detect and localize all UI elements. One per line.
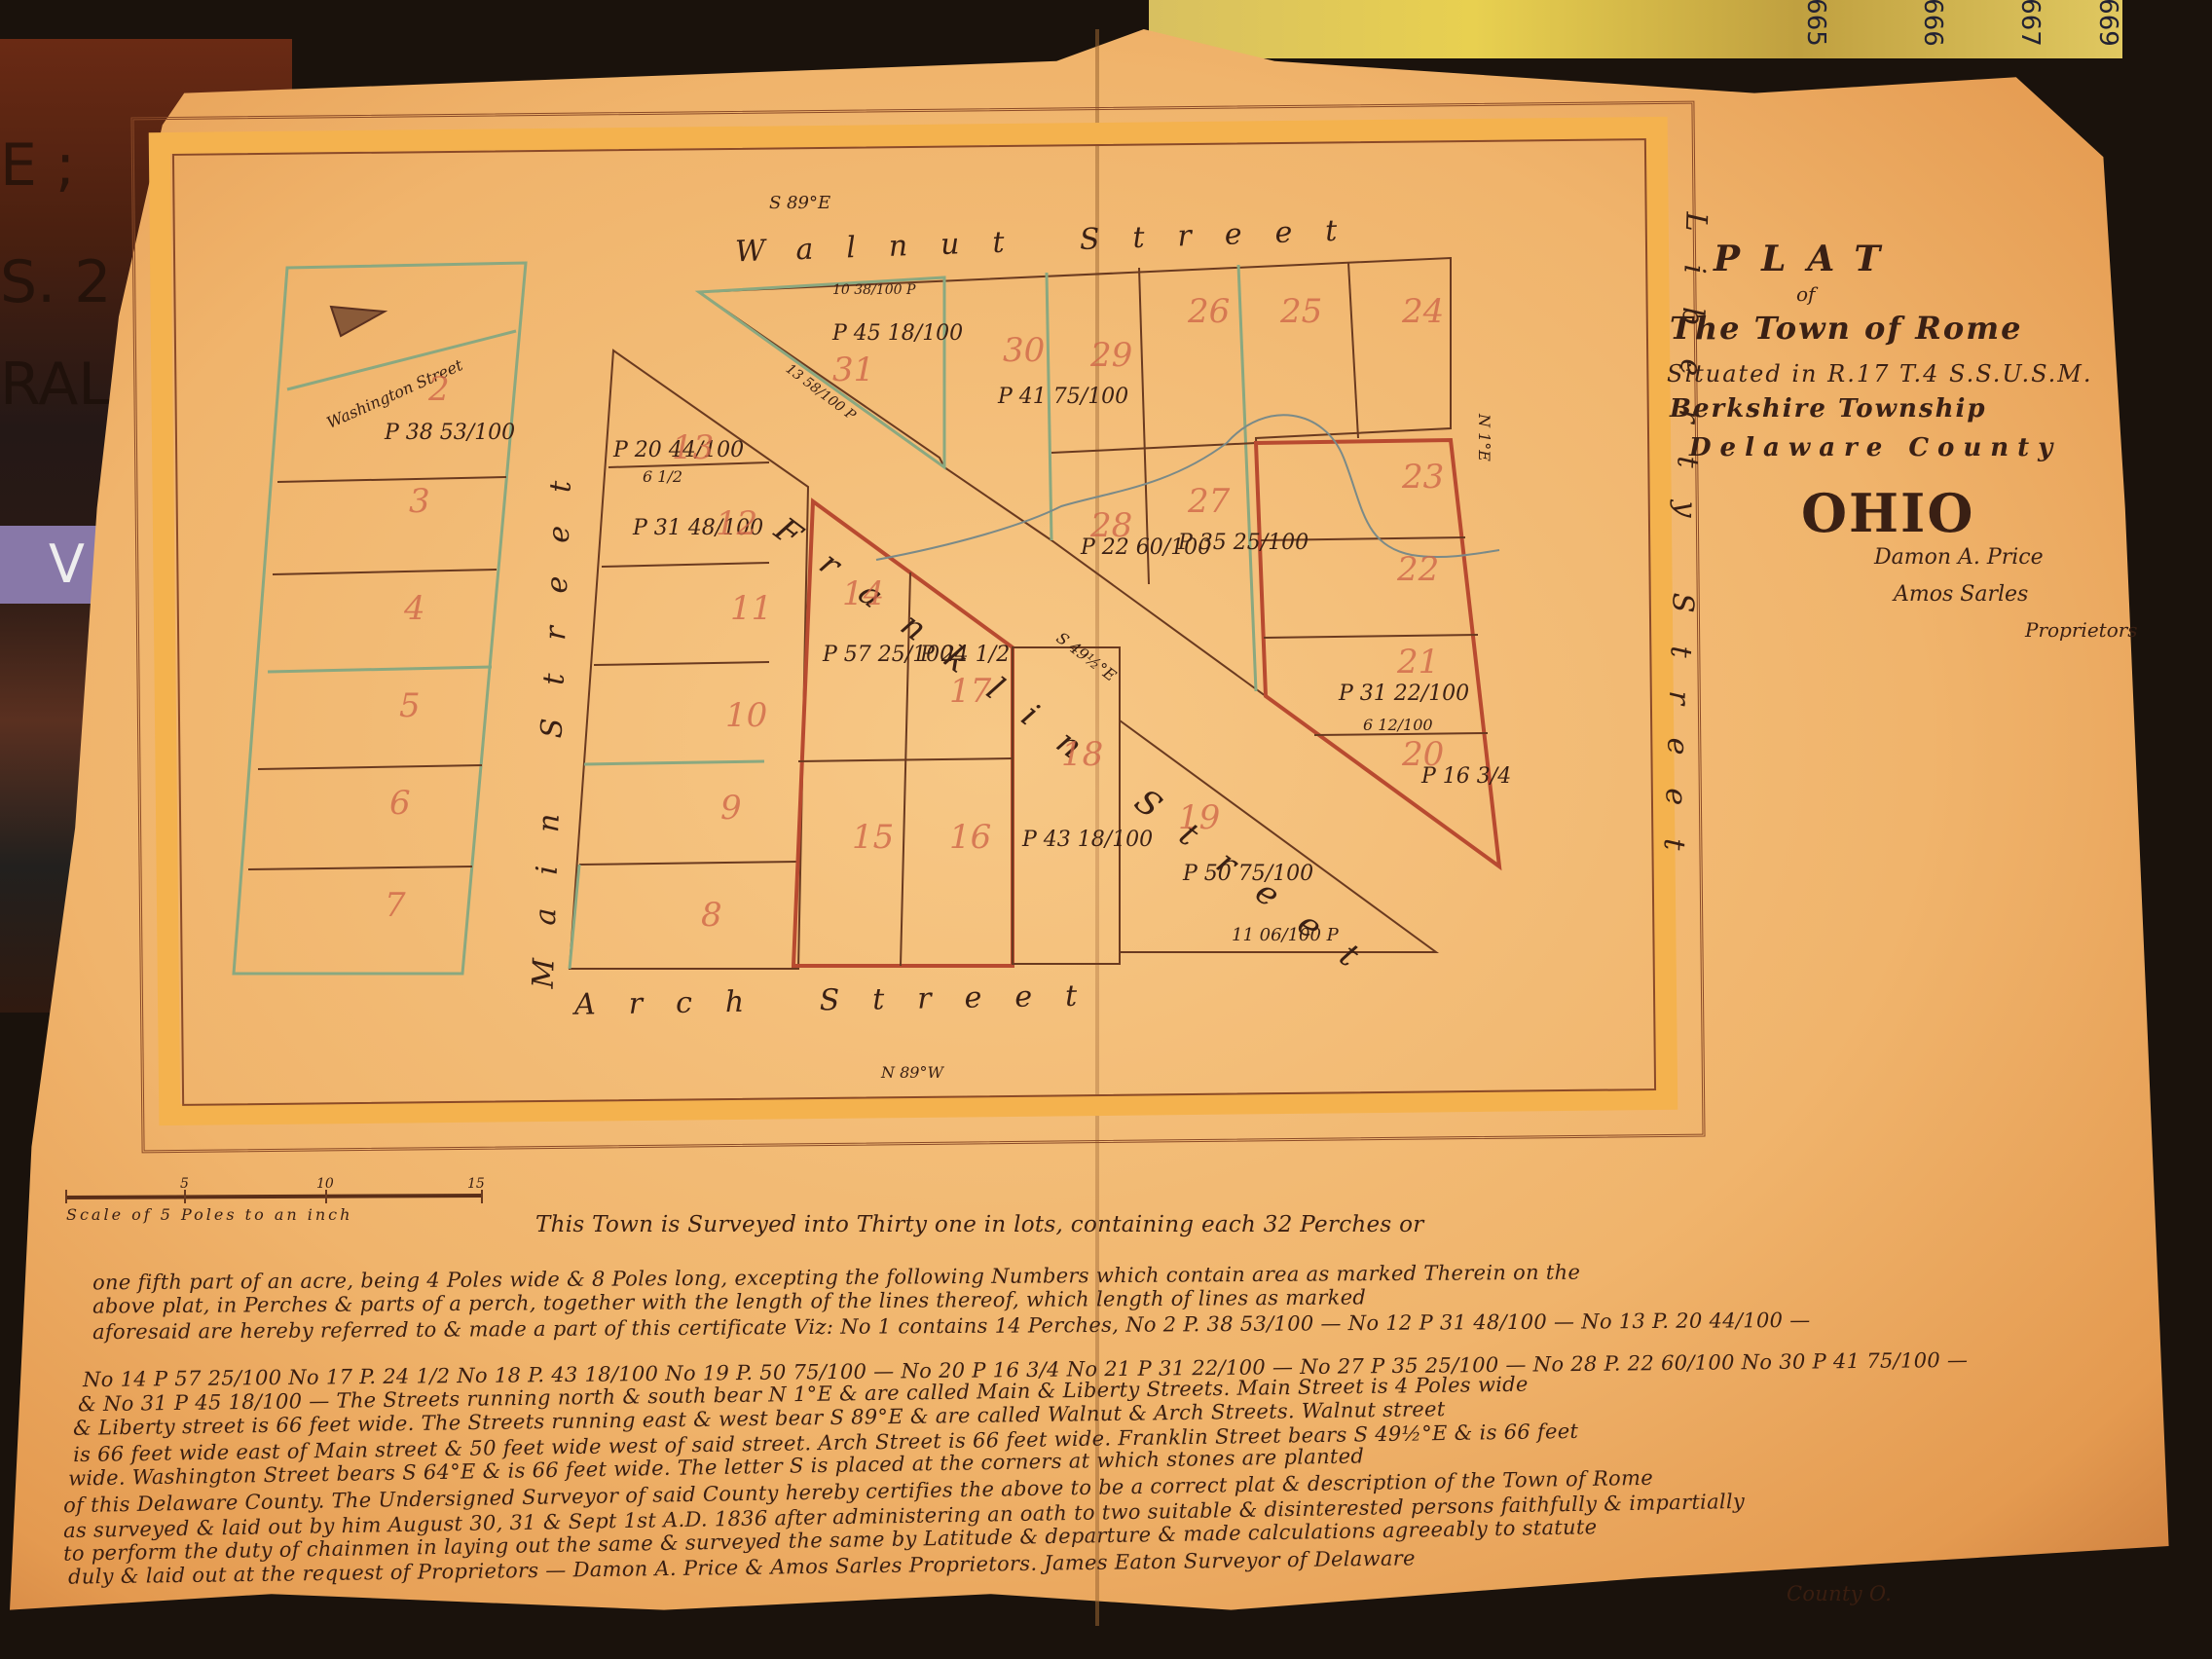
dimension-label: 11 06/100 P [1232,925,1339,945]
lot-area: P 38 53/100 [385,421,515,445]
dimension-label: 6 12/100 [1363,716,1433,734]
lot-number: 22 [1397,550,1439,589]
lot-number: 17 [949,672,991,711]
lot-number: 4 [404,589,425,628]
lot-area: P 31 22/100 [1339,682,1469,706]
lot-number: 29 [1090,336,1132,375]
lot-number: 21 [1397,643,1439,682]
lot-number: 7 [385,886,406,925]
lot-number: 23 [1402,458,1444,497]
title-plat: PLAT [1714,239,1901,279]
lot-number: 27 [1188,482,1230,521]
title-county: Delaware County [1689,433,2061,462]
title-state: OHIO [1801,482,1974,544]
lot-number: 28 [1090,506,1132,545]
proprietor-name: Amos Sarles [1894,582,2028,607]
lot-number: 9 [720,789,742,828]
lot-number: 25 [1280,292,1322,331]
lot-number: 31 [832,350,874,389]
lot-number: 19 [1178,798,1220,837]
lot-number: 6 [389,784,411,823]
lot-number: 3 [409,482,430,521]
scale-caption: Scale of 5 Poles to an inch [66,1205,352,1224]
lot-number: 12 [716,504,757,543]
lot-area: P 43 18/100 [1022,828,1153,852]
scale-tick-label: 15 [467,1176,485,1192]
certificate-line: This Town is Surveyed into Thirty one in… [535,1212,1424,1237]
dimension-label: 10 38/100 P [832,282,915,298]
certificate-line: County O. [1787,1582,1892,1605]
lot-number: 11 [730,589,772,628]
scale-tick-label: 5 [180,1176,189,1192]
dimension-label: 6 1/2 [643,467,682,486]
title-town-name: The Town of Rome [1670,310,2022,347]
lot-number: 30 [1003,331,1045,370]
lot-number: 20 [1402,735,1444,774]
title-of: of [1796,282,1815,306]
lot-number: 2 [428,370,450,409]
proprietors-label: Proprietors [2025,618,2138,642]
title-location: Situated in R.17 T.4 S.S.U.S.M. [1667,360,2093,387]
lot-number: 18 [1061,735,1103,774]
lot-area: P 24 1/2 [920,643,1010,667]
lot-number: 16 [949,818,991,857]
proprietor-name: Damon A. Price [1874,545,2044,570]
lot-number: 5 [399,686,421,725]
lot-number: 13 [672,428,714,467]
lot-area: P 45 18/100 [832,321,963,346]
lot-number: 15 [852,818,894,857]
lot-number: 8 [701,896,722,935]
lot-number: 24 [1402,292,1444,331]
lot-number: 14 [842,574,884,613]
scale-tick-label: 10 [316,1176,334,1192]
lot-number: 26 [1188,292,1230,331]
lot-area: P 41 75/100 [998,385,1128,409]
bearing-bottom: N 89°W [881,1063,943,1082]
title-township: Berkshire Township [1670,394,1987,424]
lot-number: 10 [725,696,767,735]
bearing-liberty: N 1°E [1475,414,1493,461]
lot-area: P 50 75/100 [1183,862,1313,886]
bearing-top: S 89°E [769,193,830,213]
